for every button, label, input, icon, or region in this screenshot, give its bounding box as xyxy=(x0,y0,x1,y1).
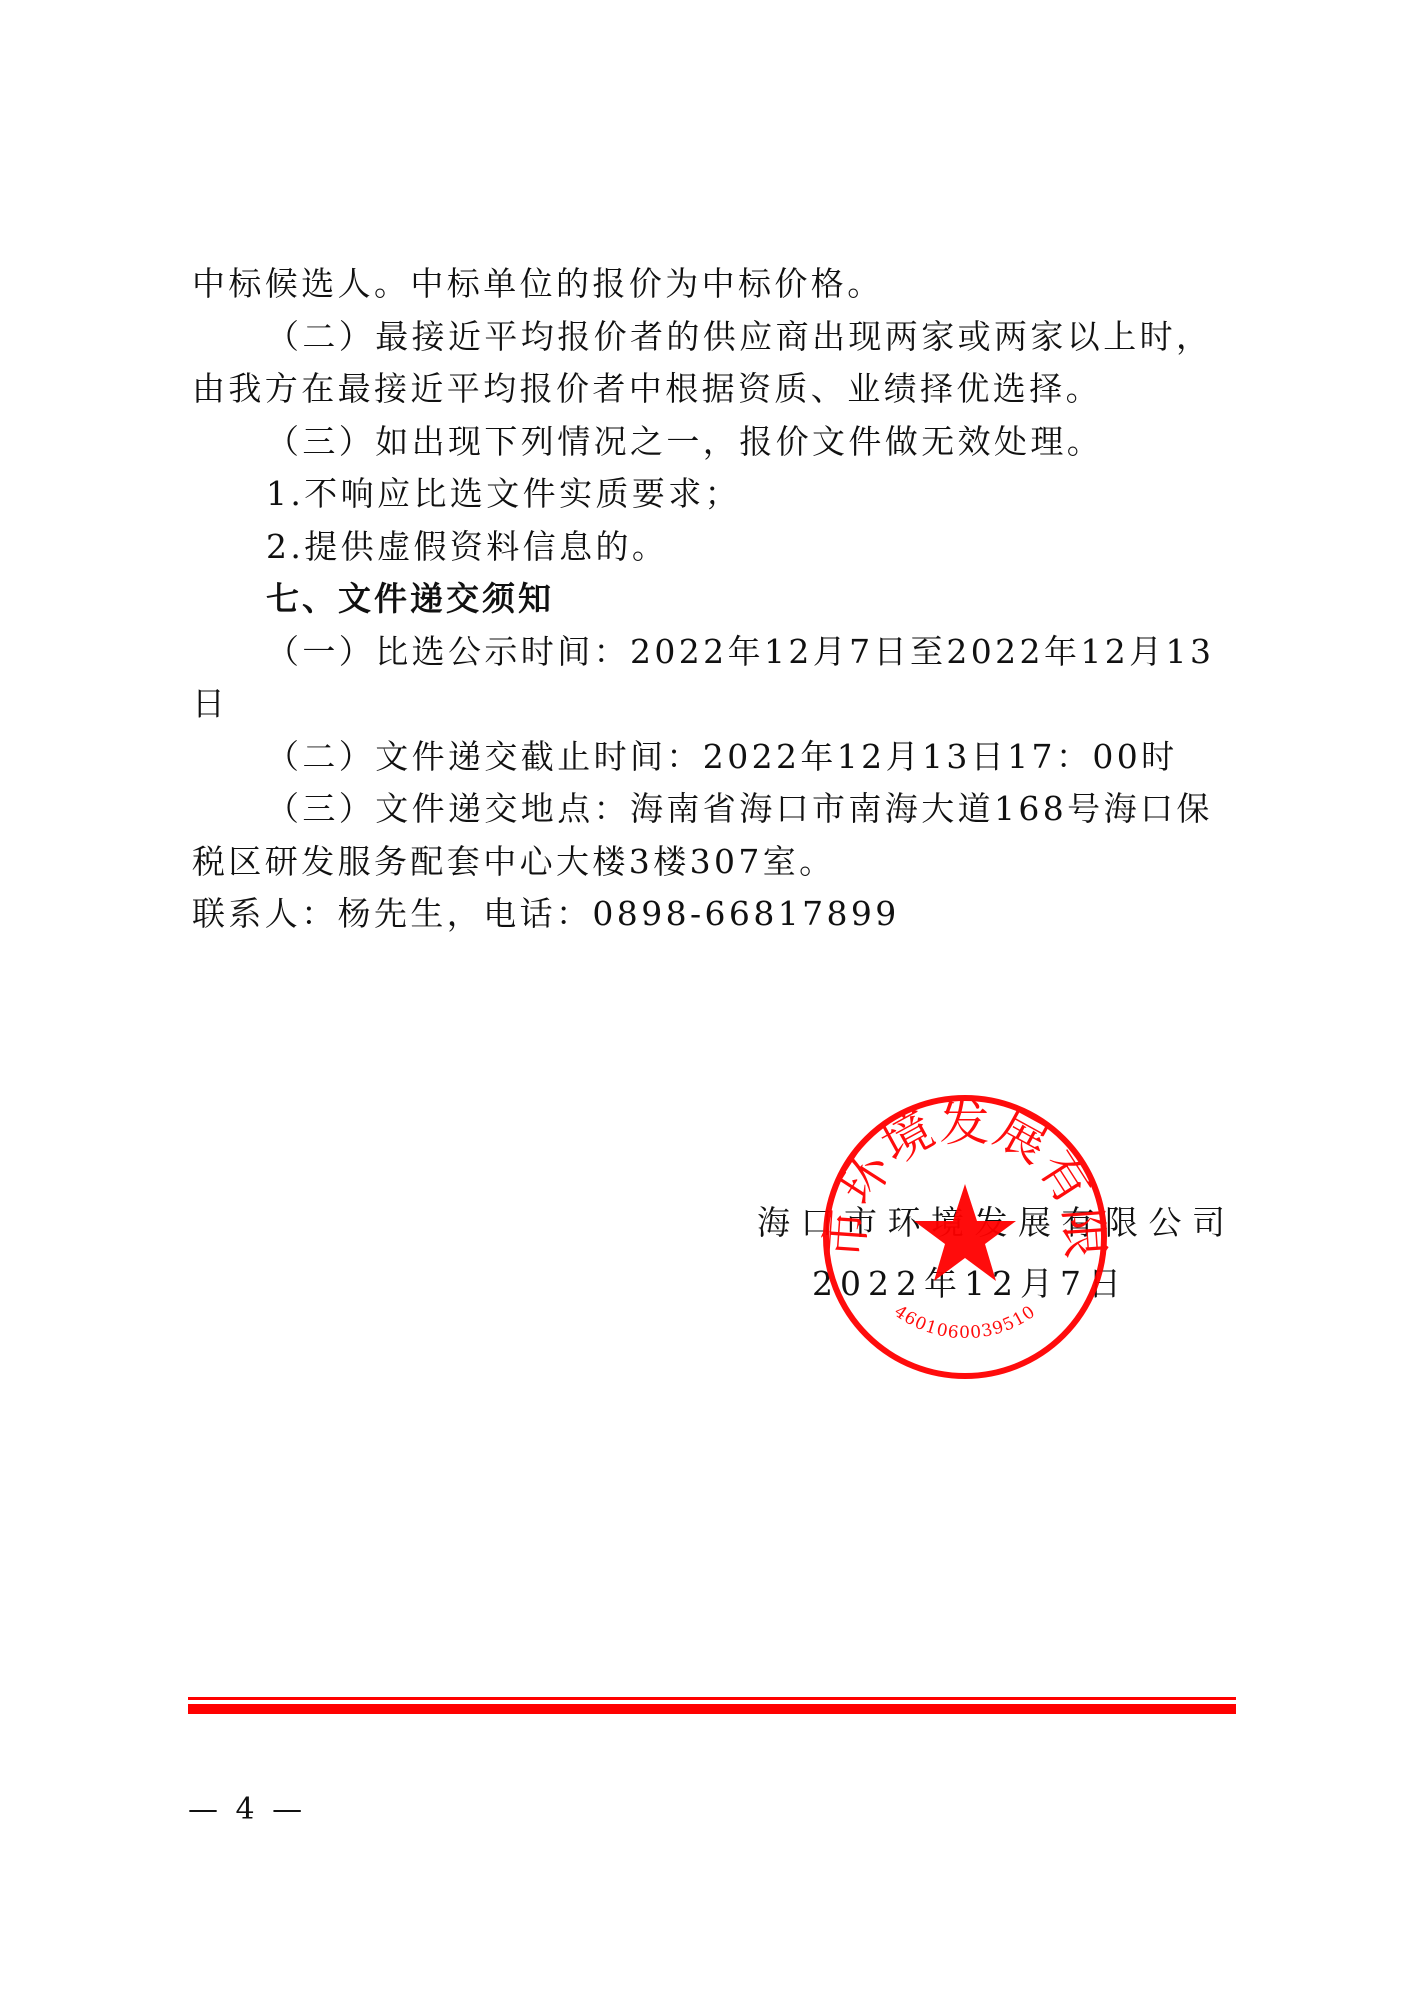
paragraph-line: 由我方在最接近平均报价者中根据资质、业绩择优选择。 xyxy=(192,363,1237,416)
list-item: 1.不响应比选文件实质要求； xyxy=(192,468,1237,521)
paragraph-line: （一）比选公示时间：2022年12月7日至2022年12月13 xyxy=(192,626,1237,679)
signature-date: 2022年12月7日 xyxy=(812,1258,1128,1305)
paragraph-line: （二）文件递交截止时间：2022年12月13日17：00时 xyxy=(192,731,1237,784)
footer-rule-thin xyxy=(188,1697,1236,1700)
contact-line: 联系人：杨先生，电话：0898-66817899 xyxy=(192,888,1237,941)
signature-company: 海口市环境发展有限公司 xyxy=(757,1197,1236,1244)
seal-code-text: 4601060039510 xyxy=(890,1302,1039,1343)
page-number: — 4 — xyxy=(188,1792,306,1827)
paragraph-line: 日 xyxy=(192,678,1237,731)
paragraph-line: 中标候选人。中标单位的报价为中标价格。 xyxy=(192,258,1237,311)
paragraph-line: 税区研发服务配套中心大楼3楼307室。 xyxy=(192,836,1237,889)
paragraph-line: （三）如出现下列情况之一，报价文件做无效处理。 xyxy=(192,416,1237,469)
footer-rule-thick xyxy=(188,1704,1236,1714)
section-heading: 七、文件递交须知 xyxy=(192,573,1237,626)
document-body: 中标候选人。中标单位的报价为中标价格。 （二）最接近平均报价者的供应商出现两家或… xyxy=(192,258,1237,941)
document-page: 中标候选人。中标单位的报价为中标价格。 （二）最接近平均报价者的供应商出现两家或… xyxy=(0,0,1411,1995)
paragraph-line: （三）文件递交地点：海南省海口市南海大道168号海口保 xyxy=(192,783,1237,836)
list-item: 2.提供虚假资料信息的。 xyxy=(192,521,1237,574)
paragraph-line: （二）最接近平均报价者的供应商出现两家或两家以上时， xyxy=(192,311,1237,364)
